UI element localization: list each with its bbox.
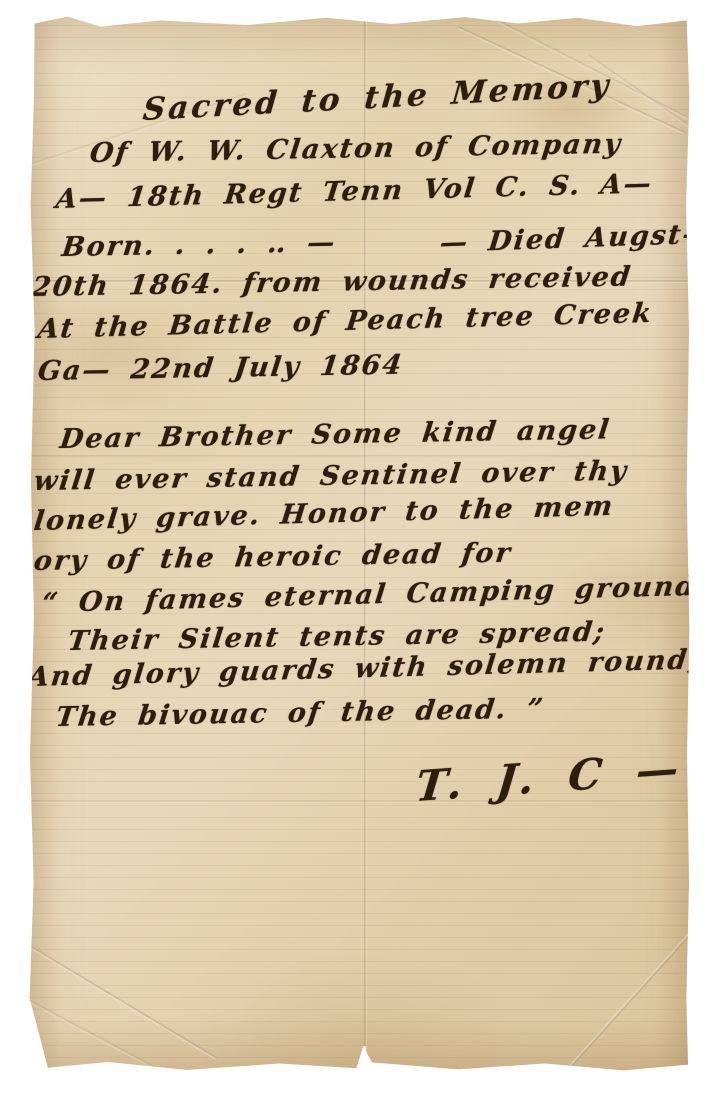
letter-line-2: will ever stand Sentinel over thy xyxy=(32,456,630,497)
letter-line-3: lonely grave. Honor to the mem xyxy=(32,491,616,537)
line-company: Of W. W. Claxton of Company xyxy=(88,129,624,169)
line-died: — Died Augst— xyxy=(438,218,713,259)
line-date: 20th 1864. from wounds received xyxy=(30,261,634,303)
crease-diagonal-bottom-left-2 xyxy=(27,999,161,1072)
line-place: Ga— 22nd July 1864 xyxy=(36,350,405,387)
letter-line-4: ory of the heroic dead for xyxy=(32,538,514,577)
signature-line: T. J. C — xyxy=(413,743,687,811)
crease-diagonal-bottom-right xyxy=(562,932,691,1075)
title-line: Sacred to the Memory xyxy=(141,67,612,128)
line-battle: At the Battle of Peach tree Creek xyxy=(36,298,654,345)
line-regiment: A— 18th Regt Tenn Vol C. S. A— xyxy=(54,168,654,215)
letter-paper: Sacred to the Memory Of W. W. Claxton of… xyxy=(28,14,690,1072)
scan-background: Sacred to the Memory Of W. W. Claxton of… xyxy=(0,0,713,1100)
poem-line-1: “ On fames eternal Camping ground, xyxy=(40,571,709,620)
fold-tear-bottom xyxy=(363,1046,366,1072)
line-born: Born. . . . ‥ — xyxy=(60,227,338,263)
poem-line-4: The bivouac of the dead. ” xyxy=(54,693,546,733)
letter-line-1: Dear Brother Some kind angel xyxy=(58,414,612,455)
crease-horizontal-lower xyxy=(28,800,690,803)
crease-diagonal-bottom-left-1 xyxy=(27,944,217,1060)
